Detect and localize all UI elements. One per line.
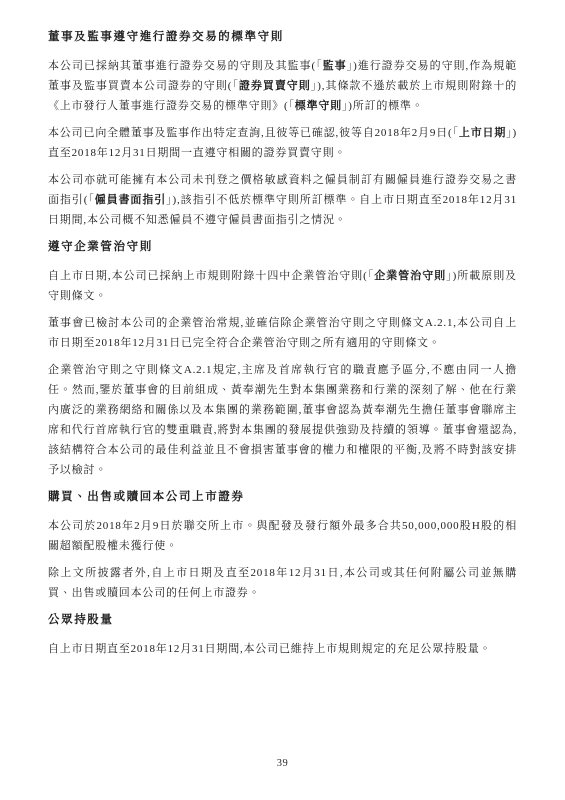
document-section: 遵守企業管治守則自上市日期,本公司已採納上市規則附錄十四中企業管治守則(「企業管… bbox=[48, 237, 517, 480]
defined-term: 上市日期 bbox=[459, 127, 506, 139]
paragraph: 本公司已採納其董事進行證券交易的守則及其監事(「監事」)進行證券交易的守則,作為… bbox=[48, 56, 517, 116]
document-body: 董事及監事遵守進行證券交易的標準守則本公司已採納其董事進行證券交易的守則及其監事… bbox=[48, 27, 517, 666]
section-heading: 董事及監事遵守進行證券交易的標準守則 bbox=[48, 27, 517, 47]
text-run: 」)所訂的標準。 bbox=[342, 100, 424, 112]
paragraph: 本公司於2018年2月9日於聯交所上市。與配發及發行額外最多合共50,000,0… bbox=[48, 516, 517, 556]
text-run: 本公司已採納其董事進行證券交易的守則及其監事(「 bbox=[48, 60, 323, 72]
paragraph: 董事會已檢討本公司的企業管治常規,並確信除企業管治守則之守則條文A.2.1,本公… bbox=[48, 313, 517, 353]
section-heading: 公眾持股量 bbox=[48, 610, 517, 630]
text-run: 企業管治守則之守則條文A.2.1規定,主席及首席執行官的職責應予區分,不應由同一… bbox=[48, 364, 517, 476]
text-run: 本公司已向全體董事及監事作出特定查詢,且彼等已確認,彼等自2018年2月9日(「 bbox=[48, 127, 459, 139]
page-footer: 39 bbox=[0, 758, 565, 769]
defined-term: 證券買賣守則 bbox=[239, 80, 311, 92]
document-section: 董事及監事遵守進行證券交易的標準守則本公司已採納其董事進行證券交易的守則及其監事… bbox=[48, 27, 517, 230]
text-run: 自上市日期直至2018年12月31日期間,本公司已維持上市規則規定的充足公眾持股… bbox=[48, 643, 491, 655]
paragraph: 自上市日期,本公司已採納上市規則附錄十四中企業管治守則(「企業管治守則」)所載原… bbox=[48, 266, 517, 306]
paragraph: 本公司已向全體董事及監事作出特定查詢,且彼等已確認,彼等自2018年2月9日(「… bbox=[48, 123, 517, 163]
document-page: 董事及監事遵守進行證券交易的標準守則本公司已採納其董事進行證券交易的守則及其監事… bbox=[0, 0, 565, 800]
document-section: 公眾持股量自上市日期直至2018年12月31日期間,本公司已維持上市規則規定的充… bbox=[48, 610, 517, 659]
text-run: 本公司於2018年2月9日於聯交所上市。與配發及發行額外最多合共50,000,0… bbox=[48, 520, 517, 552]
defined-term: 監事 bbox=[323, 60, 347, 72]
paragraph: 企業管治守則之守則條文A.2.1規定,主席及首席執行官的職責應予區分,不應由同一… bbox=[48, 360, 517, 480]
text-run: 自上市日期,本公司已採納上市規則附錄十四中企業管治守則(「 bbox=[48, 270, 374, 282]
paragraph: 除上文所披露者外,自上市日期及直至2018年12月31日,本公司或其任何附屬公司… bbox=[48, 563, 517, 603]
section-heading: 遵守企業管治守則 bbox=[48, 237, 517, 257]
defined-term: 標準守則 bbox=[295, 100, 342, 112]
paragraph: 自上市日期直至2018年12月31日期間,本公司已維持上市規則規定的充足公眾持股… bbox=[48, 639, 517, 659]
section-heading: 購買、出售或贖回本公司上市證券 bbox=[48, 487, 517, 507]
defined-term: 僱員書面指引 bbox=[95, 194, 166, 206]
defined-term: 企業管治守則 bbox=[374, 270, 446, 282]
text-run: 除上文所披露者外,自上市日期及直至2018年12月31日,本公司或其任何附屬公司… bbox=[48, 567, 517, 599]
page-number: 39 bbox=[277, 758, 289, 769]
document-section: 購買、出售或贖回本公司上市證券本公司於2018年2月9日於聯交所上市。與配發及發… bbox=[48, 487, 517, 603]
paragraph: 本公司亦就可能擁有本公司未刊登之價格敏感資料之僱員制訂有關僱員進行證券交易之書面… bbox=[48, 170, 517, 230]
text-run: 董事會已檢討本公司的企業管治常規,並確信除企業管治守則之守則條文A.2.1,本公… bbox=[48, 317, 517, 349]
